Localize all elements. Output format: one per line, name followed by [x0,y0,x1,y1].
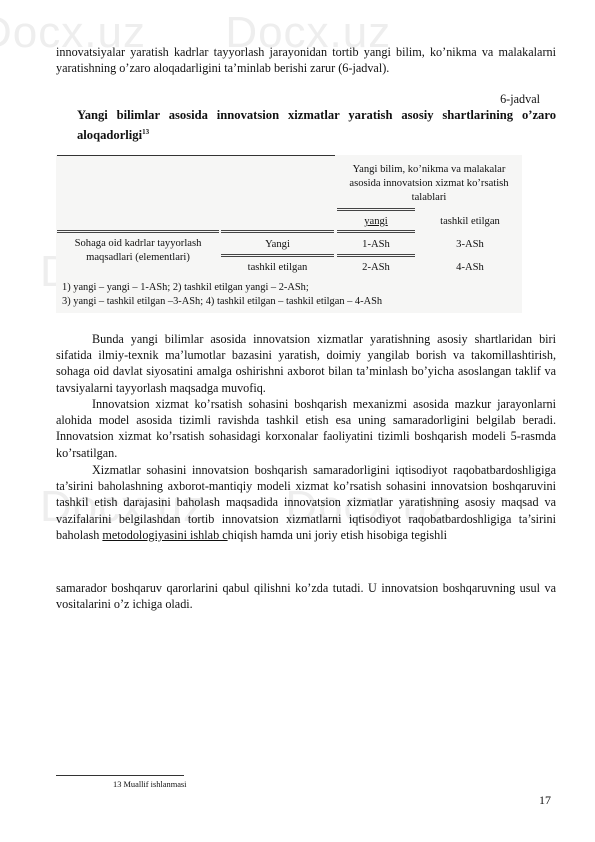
page-number: 17 [539,793,551,808]
intro-paragraph: innovatsiyalar yaratish kadrlar tayyorla… [56,44,556,76]
footnote-rule [56,775,184,776]
row-rule [337,254,415,257]
row-rule [221,254,334,257]
header-rule [337,208,415,211]
row-label: tashkil etilgan [221,261,334,275]
header-group: Yangi bilim, ko’nikma va malakalar asosi… [336,163,522,205]
col-header-yangi: yangi [337,215,415,229]
table-top-rule [57,155,335,156]
paragraph-4: samarador boshqaruv qarorlarini qabul qi… [56,580,556,612]
footnote-ref[interactable]: 13 [142,128,149,136]
row-group-label: Sohaga oid kadrlar tayyorlash maqsadlari… [56,237,220,265]
table-cell: 1-ASh [337,238,415,252]
paragraph-3: Xizmatlar sohasini innovatsion boshqaris… [56,462,556,543]
header-bottom-rule [221,230,334,233]
table-cell: 4-ASh [418,261,522,275]
data-table: Yangi bilim, ko’nikma va malakalar asosi… [56,155,522,313]
underlined-fragment: metodologiyasini ishlab c [102,528,227,542]
footnote: 13 Muallif ishlanmasi [113,780,187,789]
table-title: Yangi bilimlar asosida innovatsion xizma… [77,107,556,144]
header-bottom-rule [57,230,219,233]
paragraph-2: Innovatsion xizmat ko’rsatish sohasini b… [56,396,556,461]
header-bottom-rule [337,230,415,233]
table-label: 6-jadval [500,92,540,107]
table-note: 1) yangi – yangi – 1-ASh; 2) tashkil eti… [62,281,309,294]
table-cell: 3-ASh [418,238,522,252]
table-note: 3) yangi – tashkil etilgan –3-ASh; 4) ta… [62,295,382,308]
paragraph-1: Bunda yangi bilimlar asosida innovatsion… [56,331,556,396]
row-label: Yangi [221,238,334,252]
col-header-tashkil-etilgan: tashkil etilgan [418,215,522,229]
table-cell: 2-ASh [337,261,415,275]
